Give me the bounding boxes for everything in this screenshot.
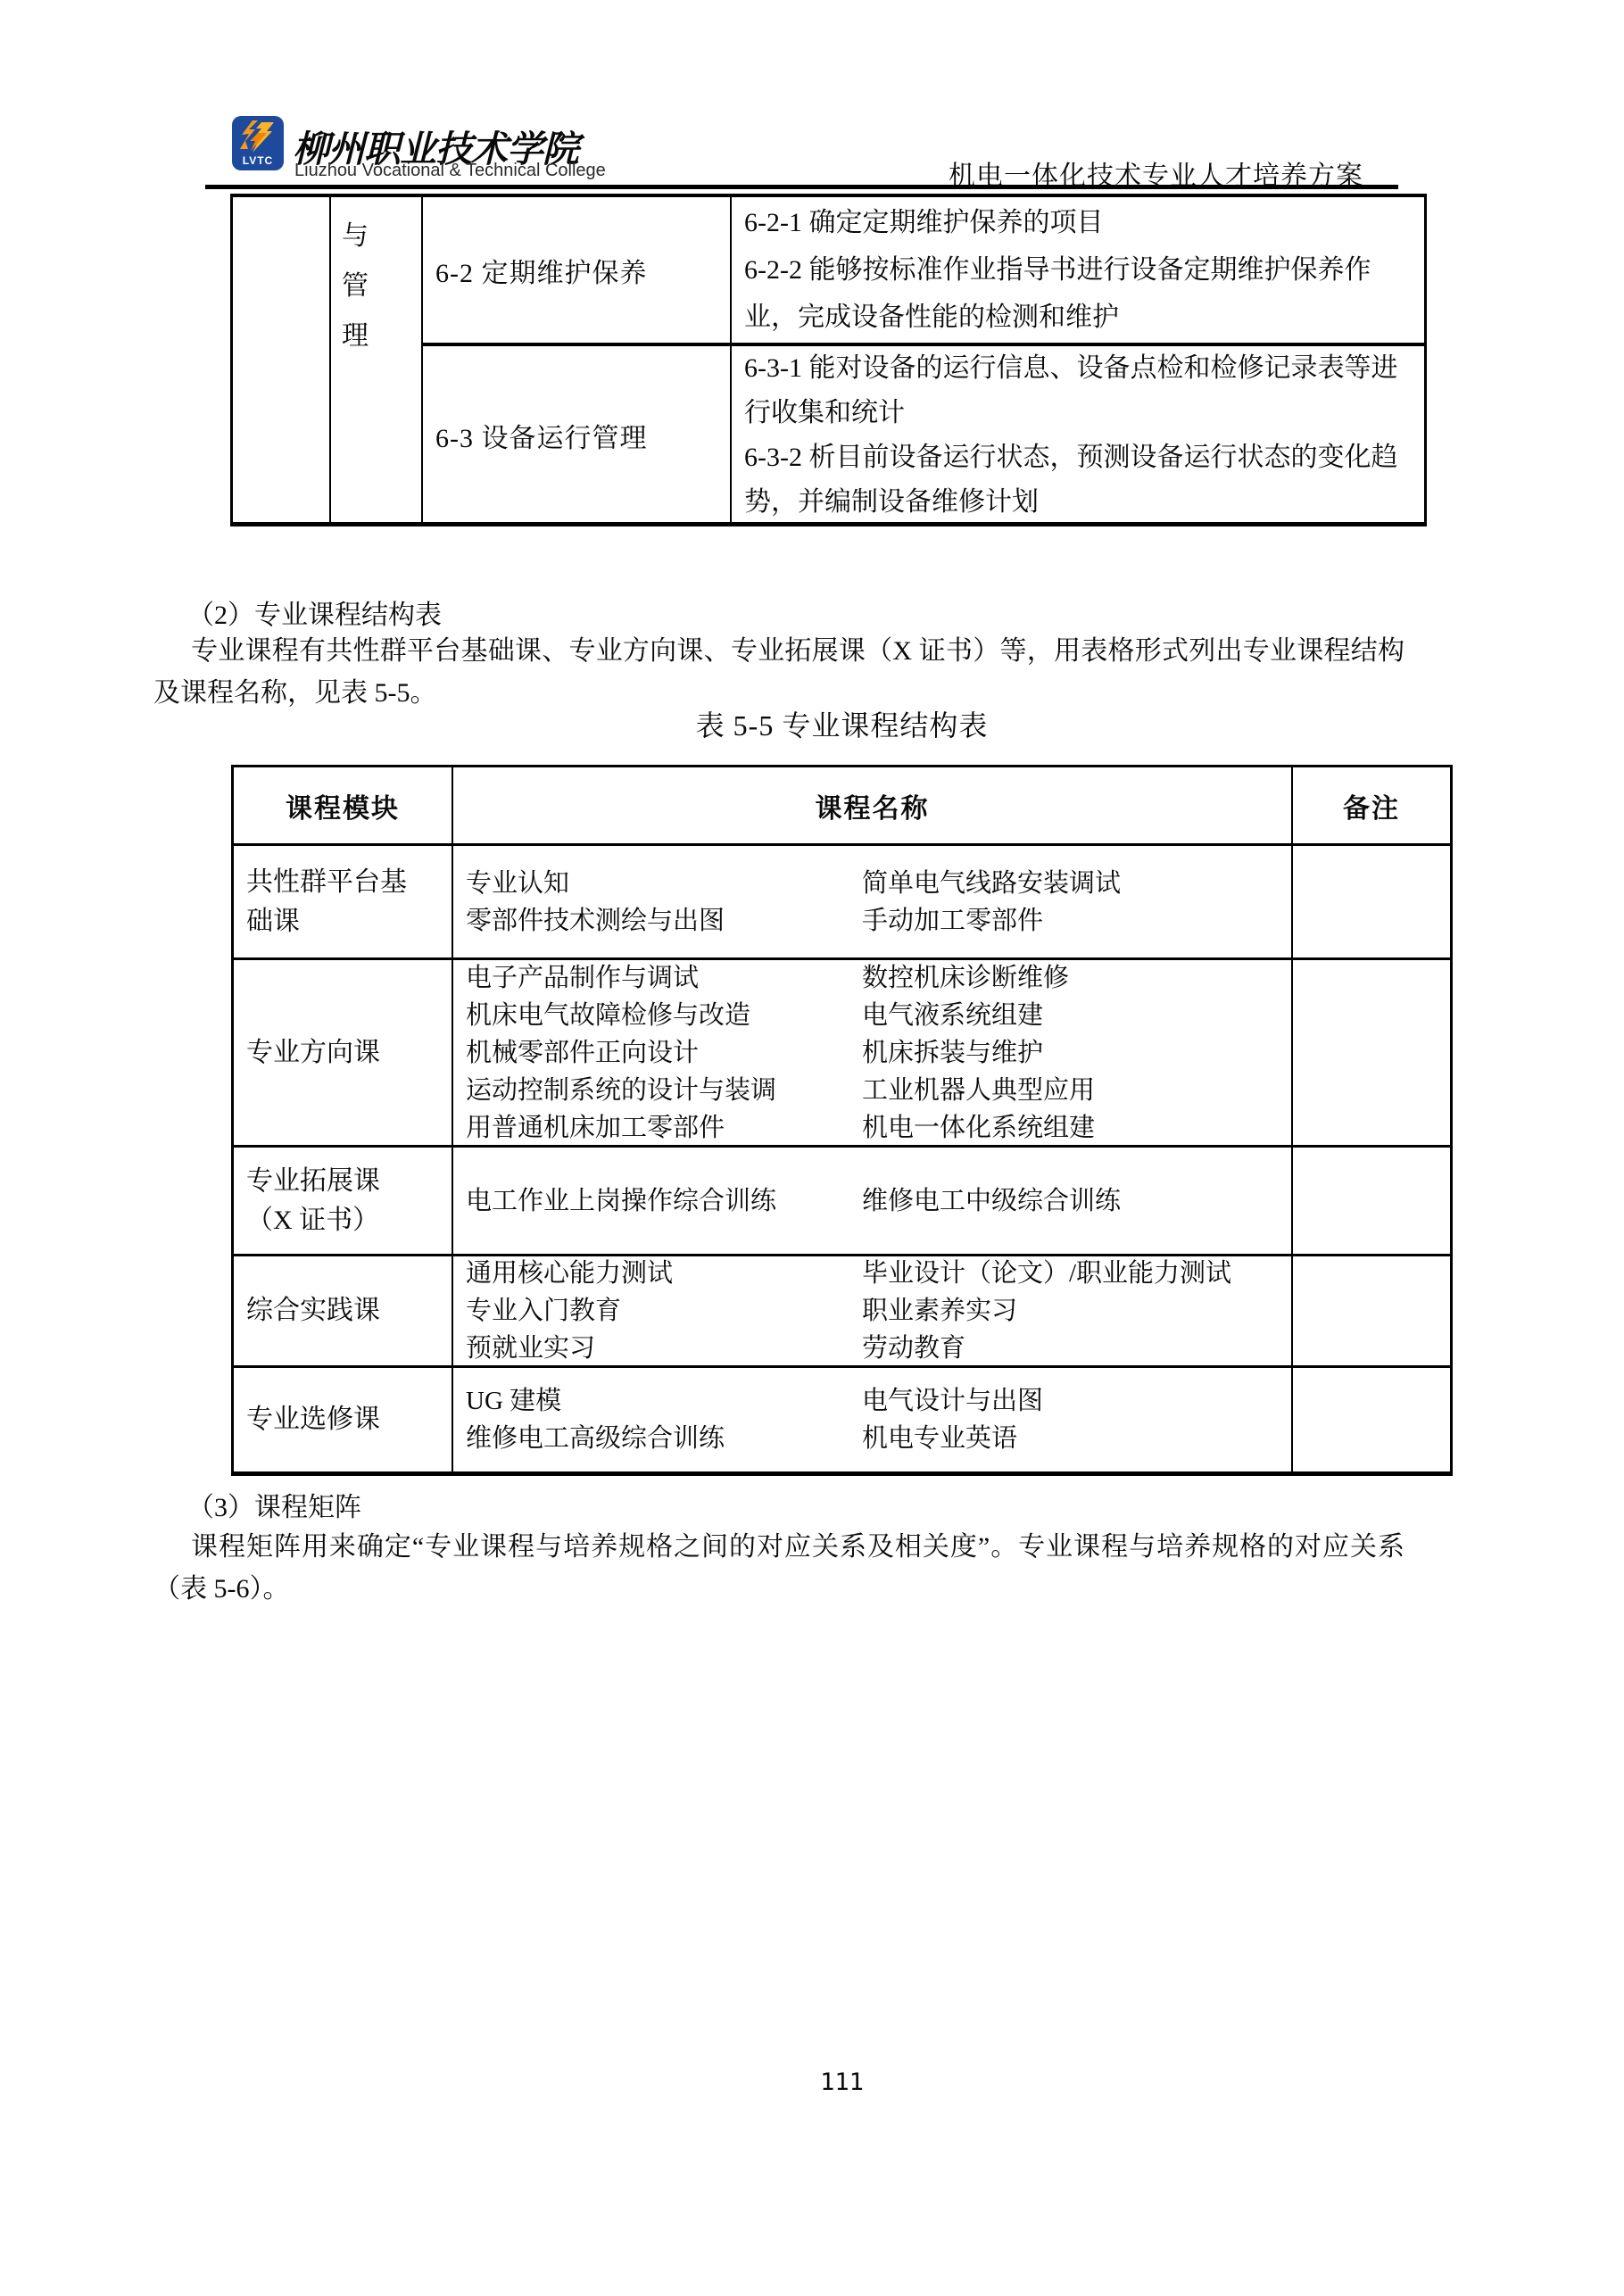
- course-structure-table: 课程模块 课程名称 备注 共性群平台基础课 专业认知 零部件技术测绘与出图 简单…: [231, 765, 1453, 1476]
- criterion-line: 6-2-1 确定定期维护保养的项目: [744, 199, 1413, 246]
- course-cell: 专业认知 零部件技术测绘与出图 简单电气线路安装调试 手动加工零部件: [453, 846, 1293, 960]
- college-logo: LVTC: [232, 116, 284, 170]
- course-item: 电子产品制作与调试: [466, 959, 862, 997]
- course-item: 维修电工中级综合训练: [862, 1182, 1291, 1220]
- criterion-line: 6-3-1 能对设备的运行信息、设备点检和检修记录表等进行收集和统计: [744, 346, 1413, 435]
- competency-task-6-3: 6-3 设备运行管理: [423, 346, 732, 525]
- competency-criteria-6-3: 6-3-1 能对设备的运行信息、设备点检和检修记录表等进行收集和统计 6-3-2…: [732, 346, 1424, 525]
- course-item: 简单电气线路安装调试: [862, 865, 1291, 902]
- section3-heading: （3）课程矩阵: [187, 1485, 361, 1524]
- col-header-note: 备注: [1293, 767, 1450, 846]
- course-item: UG 建模: [466, 1382, 862, 1420]
- logo-abbr-text: LVTC: [243, 154, 273, 170]
- course-item: 零部件技术测绘与出图: [466, 902, 862, 940]
- criterion-line: 6-3-2 析目前设备运行状态，预测设备运行状态的变化趋势，并编制设备维修计划: [744, 435, 1413, 525]
- course-item: 机床电气故障检修与改造: [466, 997, 862, 1034]
- course-item: 电气液系统组建: [862, 997, 1291, 1034]
- course-item: 通用核心能力测试: [466, 1255, 862, 1292]
- header-rule: [205, 185, 1398, 189]
- section2-heading: （2）专业课程结构表: [187, 593, 442, 632]
- module-cell: 综合实践课: [234, 1256, 453, 1368]
- document-page: LVTC 柳州职业技术学院 Liuzhou Vocational & Techn…: [0, 0, 1624, 2296]
- col-header-module: 课程模块: [234, 767, 453, 846]
- competency-empty-cell: [233, 197, 331, 525]
- competency-criteria-6-2: 6-2-1 确定定期维护保养的项目 6-2-2 能够按标准作业指导书进行设备定期…: [732, 197, 1424, 346]
- course-item: 用普通机床加工零部件: [466, 1109, 862, 1147]
- section3-paragraph: 课程矩阵用来确定“专业课程与培养规格之间的对应关系及相关度”。专业课程与培养规格…: [153, 1526, 1404, 1610]
- note-cell: [1293, 1256, 1450, 1368]
- course-cell: 通用核心能力测试 专业入门教育 预就业实习 毕业设计（论文）/职业能力测试 职业…: [453, 1256, 1293, 1368]
- competency-side-label: 与管理: [331, 197, 423, 525]
- lvtc-lightning-icon: [240, 120, 276, 154]
- course-item: 维修电工高级综合训练: [466, 1420, 862, 1457]
- competency-task-6-2: 6-2 定期维护保养: [423, 197, 732, 346]
- module-cell: 共性群平台基础课: [234, 846, 453, 960]
- col-header-course-name: 课程名称: [453, 767, 1293, 846]
- note-cell: [1293, 1368, 1450, 1471]
- college-name-en: Liuzhou Vocational & Technical College: [294, 161, 606, 181]
- course-item: 运动控制系统的设计与装调: [466, 1072, 862, 1109]
- course-item: 职业素养实习: [862, 1292, 1291, 1330]
- table-5-5-caption: 表 5-5 专业课程结构表: [231, 703, 1453, 744]
- course-item: 手动加工零部件: [862, 902, 1291, 940]
- competency-table: 与管理 6-2 定期维护保养 6-2-1 确定定期维护保养的项目 6-2-2 能…: [230, 194, 1427, 526]
- module-cell: 专业方向课: [234, 960, 453, 1148]
- note-cell: [1293, 846, 1450, 960]
- course-item: 毕业设计（论文）/职业能力测试: [862, 1255, 1291, 1292]
- course-cell: 电工作业上岗操作综合训练 维修电工中级综合训练: [453, 1148, 1293, 1256]
- course-item: 专业入门教育: [466, 1292, 862, 1330]
- module-cell: 专业拓展课（X 证书）: [234, 1148, 453, 1256]
- course-item: 机械零部件正向设计: [466, 1034, 862, 1072]
- course-item: 预就业实习: [466, 1330, 862, 1367]
- module-cell: 专业选修课: [234, 1368, 453, 1471]
- note-cell: [1293, 1148, 1450, 1256]
- page-number: 111: [231, 2068, 1453, 2096]
- criterion-line: 6-2-2 能够按标准作业指导书进行设备定期维护保养作业，完成设备性能的检测和维…: [744, 246, 1413, 341]
- course-item: 电工作业上岗操作综合训练: [466, 1182, 862, 1220]
- course-item: 劳动教育: [862, 1330, 1291, 1367]
- course-item: 机电一体化系统组建: [862, 1109, 1291, 1147]
- course-item: 机床拆装与维护: [862, 1034, 1291, 1072]
- section2-paragraph: 专业课程有共性群平台基础课、专业方向课、专业拓展课（X 证书）等，用表格形式列出…: [153, 630, 1404, 714]
- note-cell: [1293, 960, 1450, 1148]
- course-item: 专业认知: [466, 865, 862, 902]
- course-item: 机电专业英语: [862, 1420, 1291, 1457]
- course-item: 数控机床诊断维修: [862, 959, 1291, 997]
- course-cell: 电子产品制作与调试 机床电气故障检修与改造 机械零部件正向设计 运动控制系统的设…: [453, 960, 1293, 1148]
- course-cell: UG 建模 维修电工高级综合训练 电气设计与出图 机电专业英语: [453, 1368, 1293, 1471]
- course-item: 电气设计与出图: [862, 1382, 1291, 1420]
- course-item: 工业机器人典型应用: [862, 1072, 1291, 1109]
